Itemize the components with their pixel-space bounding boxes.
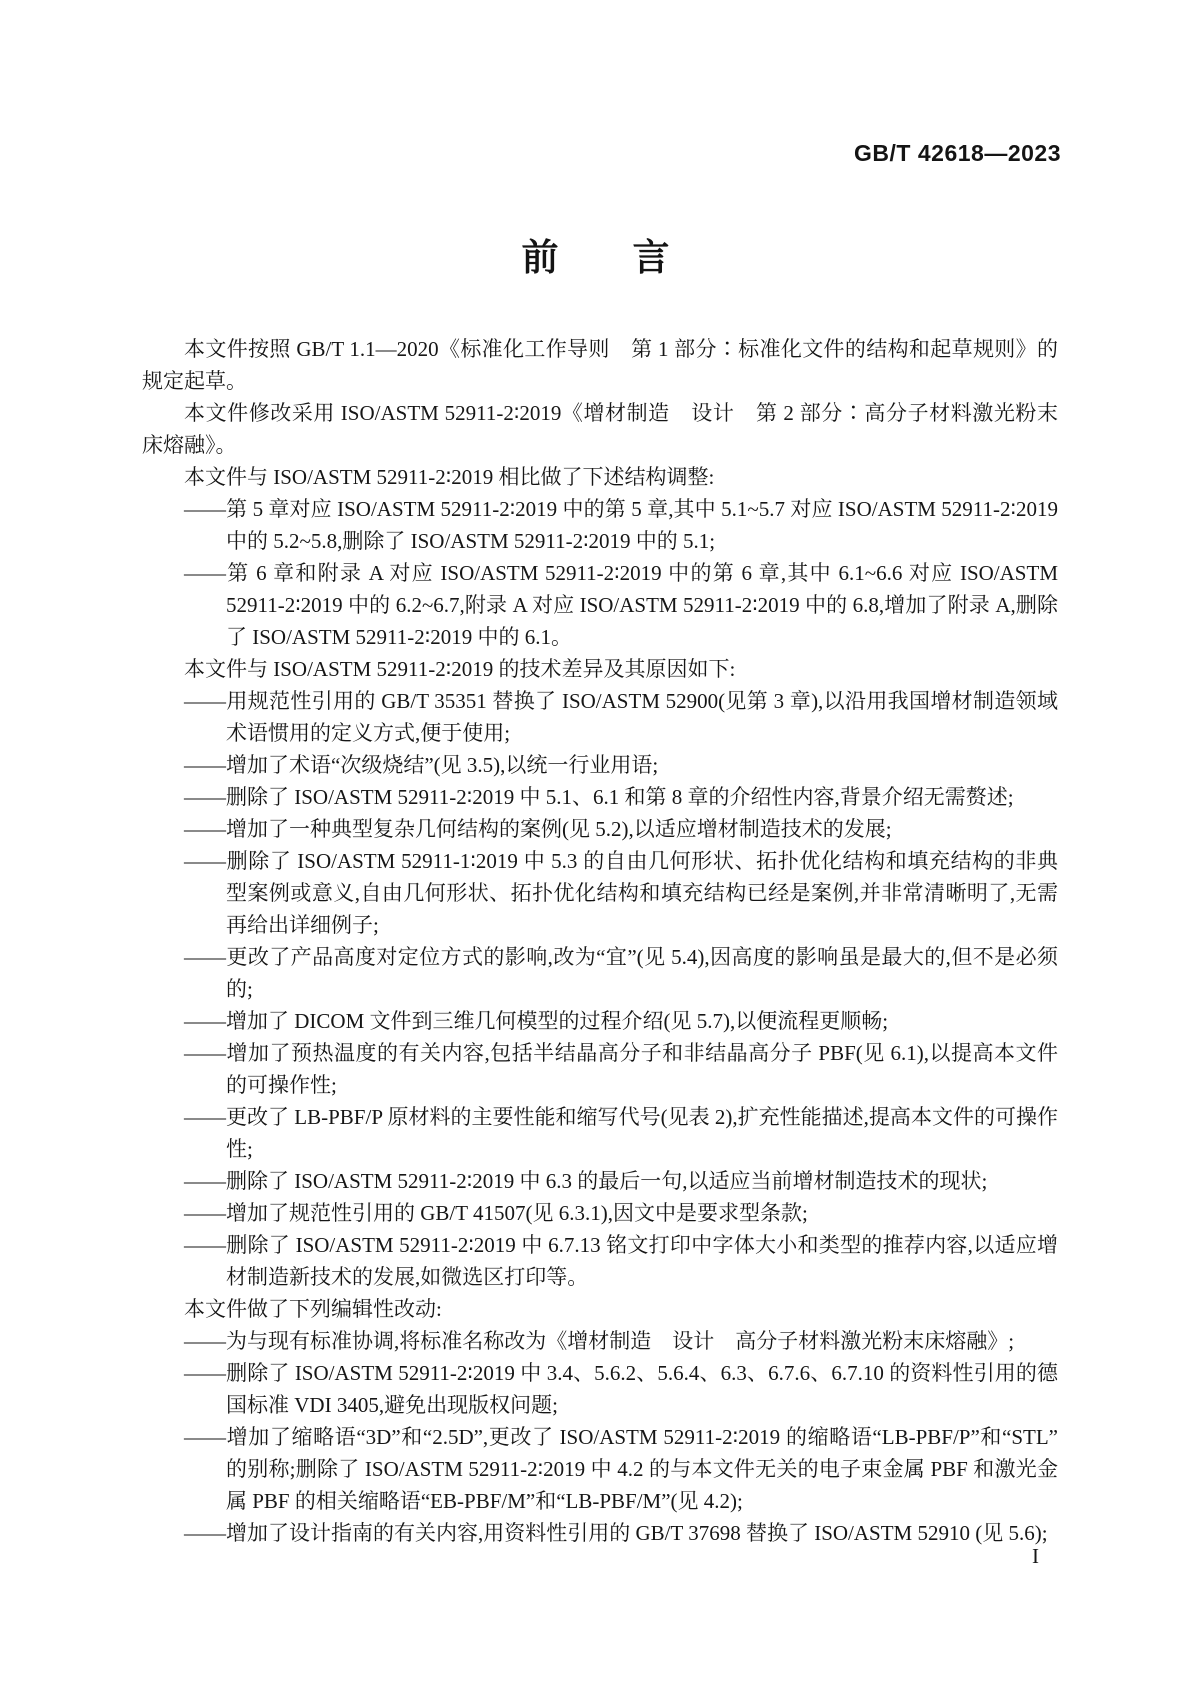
foreword-list-item: ——增加了设计指南的有关内容,用资料性引用的 GB/T 37698 替换了 IS… [142,1517,1058,1549]
foreword-list-item: ——增加了缩略语“3D”和“2.5D”,更改了 ISO/ASTM 52911-2… [142,1421,1058,1517]
foreword-list-item: ——增加了一种典型复杂几何结构的案例(见 5.2),以适应增材制造技术的发展; [142,813,1058,845]
foreword-list-item: ——为与现有标准协调,将标准名称改为《增材制造 设计 高分子材料激光粉末床熔融》… [142,1325,1058,1357]
foreword-list-item: ——删除了 ISO/ASTM 52911-1∶2019 中 5.3 的自由几何形… [142,845,1058,941]
foreword-list-item: ——第 5 章对应 ISO/ASTM 52911-2∶2019 中的第 5 章,… [142,493,1058,557]
foreword-paragraph: 本文件与 ISO/ASTM 52911-2∶2019 的技术差异及其原因如下: [142,653,1058,685]
foreword-paragraph: 本文件与 ISO/ASTM 52911-2∶2019 相比做了下述结构调整: [142,461,1058,493]
foreword-list-item: ——用规范性引用的 GB/T 35351 替换了 ISO/ASTM 52900(… [142,685,1058,749]
document-page: GB/T 42618—2023 前 言 本文件按照 GB/T 1.1—2020《… [0,0,1191,1684]
foreword-list-item: ——删除了 ISO/ASTM 52911-2∶2019 中 3.4、5.6.2、… [142,1357,1058,1421]
foreword-paragraph: 本文件修改采用 ISO/ASTM 52911-2∶2019《增材制造 设计 第 … [142,397,1058,461]
page-number: I [1032,1544,1039,1569]
foreword-list-item: ——更改了产品高度对定位方式的影响,改为“宜”(见 5.4),因高度的影响虽是最… [142,941,1058,1005]
foreword-list-item: ——删除了 ISO/ASTM 52911-2∶2019 中 6.3 的最后一句,… [142,1165,1058,1197]
page-title: 前 言 [0,238,1191,278]
foreword-list-item: ——增加了规范性引用的 GB/T 41507(见 6.3.1),因文中是要求型条… [142,1197,1058,1229]
foreword-paragraph: 本文件按照 GB/T 1.1—2020《标准化工作导则 第 1 部分∶标准化文件… [142,333,1058,397]
foreword-list-item: ——删除了 ISO/ASTM 52911-2∶2019 中 6.7.13 铭文打… [142,1229,1058,1293]
foreword-list-item: ——增加了 DICOM 文件到三维几何模型的过程介绍(见 5.7),以便流程更顺… [142,1005,1058,1037]
foreword-list-item: ——删除了 ISO/ASTM 52911-2∶2019 中 5.1、6.1 和第… [142,781,1058,813]
foreword-list-item: ——增加了预热温度的有关内容,包括半结晶高分子和非结晶高分子 PBF(见 6.1… [142,1037,1058,1101]
foreword-paragraph: 本文件做了下列编辑性改动: [142,1293,1058,1325]
foreword-list-item: ——增加了术语“次级烧结”(见 3.5),以统一行业用语; [142,749,1058,781]
foreword-body: 本文件按照 GB/T 1.1—2020《标准化工作导则 第 1 部分∶标准化文件… [142,333,1058,1549]
foreword-list-item: ——更改了 LB-PBF/P 原材料的主要性能和缩写代号(见表 2),扩充性能描… [142,1101,1058,1165]
foreword-list-item: ——第 6 章和附录 A 对应 ISO/ASTM 52911-2∶2019 中的… [142,557,1058,653]
standard-number: GB/T 42618—2023 [142,140,1061,167]
